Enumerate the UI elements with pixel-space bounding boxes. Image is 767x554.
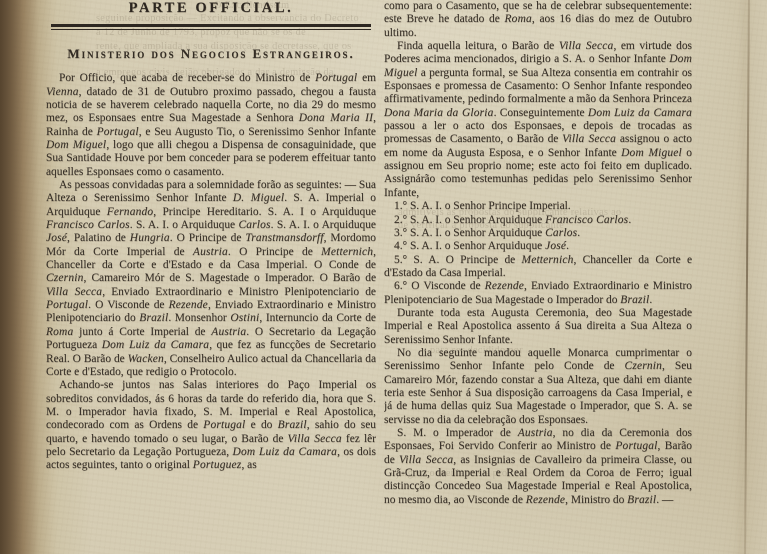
double-rule-divider <box>51 24 371 30</box>
paragraph: No dia seguinte mandou aquelle Monarca c… <box>384 347 692 427</box>
witness-list: 1.° S. A. I. o Senhor Principe Imperial.… <box>384 200 692 307</box>
paragraph: Achando-se juntos nas Salas interiores d… <box>46 379 376 472</box>
witness-list-item: 5.° S. A. O Principe de Metternich, Chan… <box>384 254 692 281</box>
right-column: como para o Casamento, que se ha de cele… <box>384 0 692 554</box>
left-column-text: Por Officio, que acaba de receber-se do … <box>46 72 376 472</box>
rule-thin <box>51 29 371 30</box>
paragraph: S. M. o Imperador de Austria, no dia da … <box>384 427 692 507</box>
witness-list-item: 4.° S. A. I. o Senhor Arquiduque José. <box>384 240 692 253</box>
witness-list-item: 6.° O Visconde de Rezende, Enviado Extra… <box>384 280 692 307</box>
gazette-page: { "colors": { "paper": "#d8d0b8", "ink":… <box>0 0 767 554</box>
paragraph: Finda aquella leitura, o Barão de Villa … <box>384 40 692 200</box>
book-gutter-shadow <box>0 0 52 554</box>
witness-list-item: 2.° S. A. I. o Senhor Arquiduque Francis… <box>384 214 692 227</box>
paragraph: Por Officio, que acaba de receber-se do … <box>46 72 376 179</box>
paragraph: As pessoas convidadas para a solemnidade… <box>46 179 376 379</box>
witness-list-item: 3.° S. A. I. o Senhor Arquiduque Carlos. <box>384 227 692 240</box>
paragraph: como para o Casamento, que se ha de cele… <box>384 0 692 40</box>
left-column: PARTE OFFICIAL. Ministerio dos Negocios … <box>46 0 376 554</box>
right-column-text-top: como para o Casamento, que se ha de cele… <box>384 0 692 200</box>
paragraph: Durante toda esta Augusta Ceremonia, deo… <box>384 307 692 347</box>
page-title: PARTE OFFICIAL. <box>46 0 376 17</box>
right-column-text-bottom: Durante toda esta Augusta Ceremonia, deo… <box>384 307 692 507</box>
witness-list-item: 1.° S. A. I. o Senhor Principe Imperial. <box>384 200 692 213</box>
section-heading: Ministerio dos Negocios Estrangeiros. <box>46 46 376 62</box>
rule-thick <box>51 24 371 27</box>
